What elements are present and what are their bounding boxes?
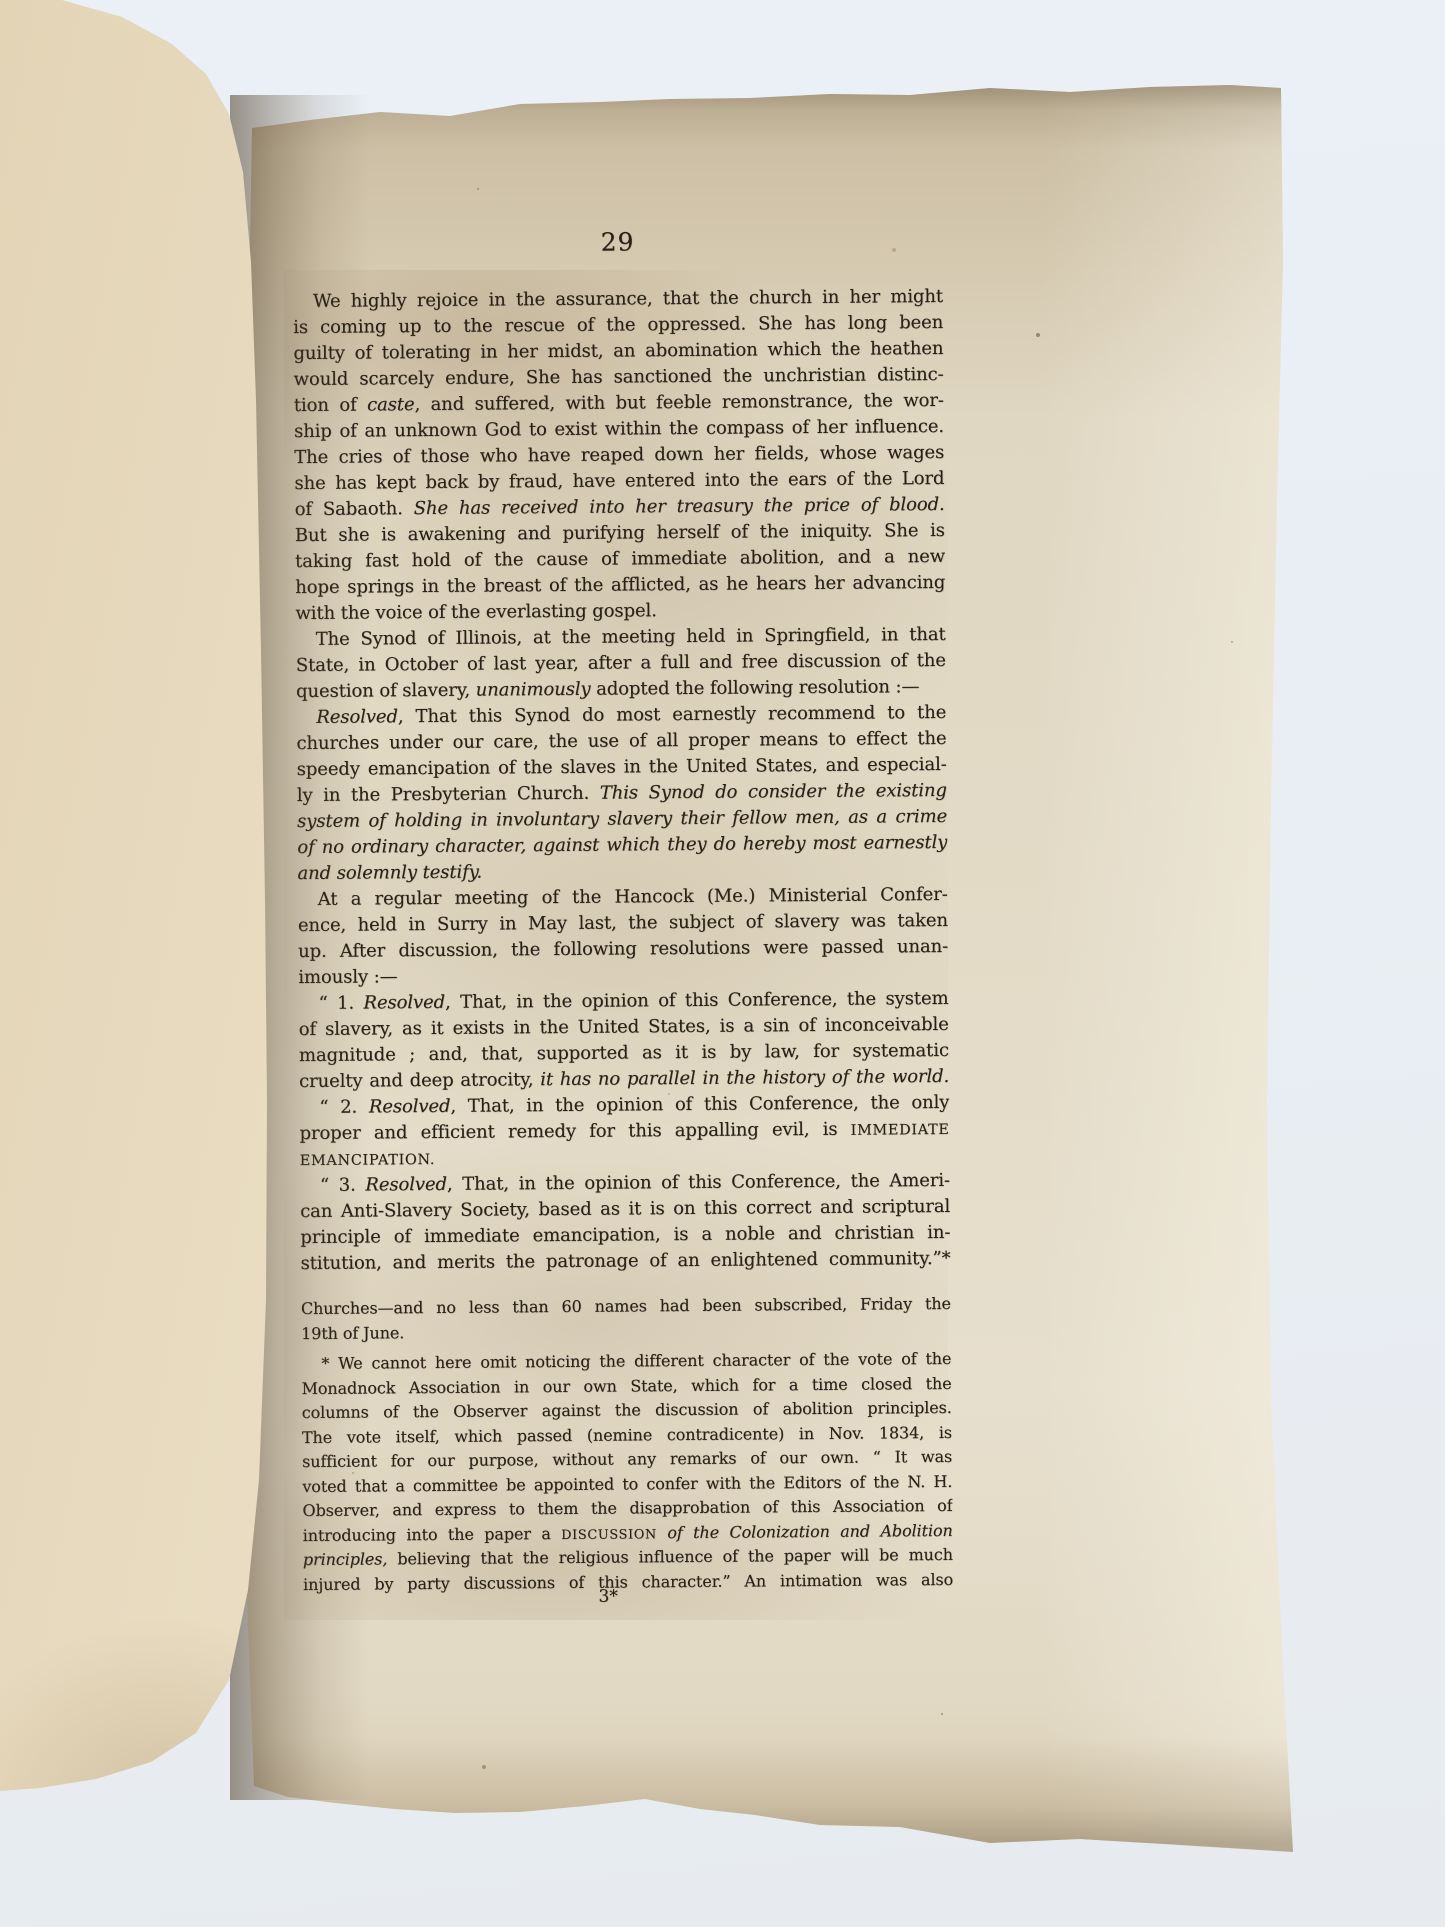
signature-mark: 3*: [303, 1584, 913, 1609]
book-photo-scene: 29 We highly rejoice in the assurance, t…: [0, 0, 1445, 1927]
paragraph: The Synod of Illinois, at the meeting he…: [296, 622, 947, 705]
page-text-column: We highly rejoice in the assurance, that…: [293, 284, 953, 1597]
paragraph: At a regular meeting of the Hancock (Me.…: [298, 882, 949, 991]
paragraph: Resolved, That this Synod do most earnes…: [296, 700, 947, 887]
paragraph: “ 2. Resolved, That, in the opinion of t…: [299, 1090, 950, 1173]
text-line: stitution, and merits the patronage of a…: [300, 1246, 950, 1277]
text-line: Churches—and no less than 60 names had b…: [301, 1292, 951, 1322]
page-number: 29: [292, 225, 942, 259]
text-line: proper and efficient remedy for this app…: [299, 1116, 949, 1147]
paragraph: “ 1. Resolved, That, in the opinion of t…: [298, 986, 949, 1095]
text-line: 19th of June.: [301, 1316, 951, 1346]
paragraph: Churches—and no less than 60 names had b…: [301, 1292, 951, 1346]
text-line: hope springs in the breast of the afflic…: [295, 570, 945, 601]
text-line: of no ordinary character, against which …: [297, 830, 947, 861]
paper-specks: [0, 0, 2, 2]
paragraph: “ 3. Resolved, That, in the opinion of t…: [300, 1168, 951, 1277]
text-line: up. After discussion, the following reso…: [298, 934, 948, 965]
paragraph: * We cannot here omit noticing the diffe…: [301, 1347, 953, 1597]
paragraph: We highly rejoice in the assurance, that…: [293, 284, 946, 627]
